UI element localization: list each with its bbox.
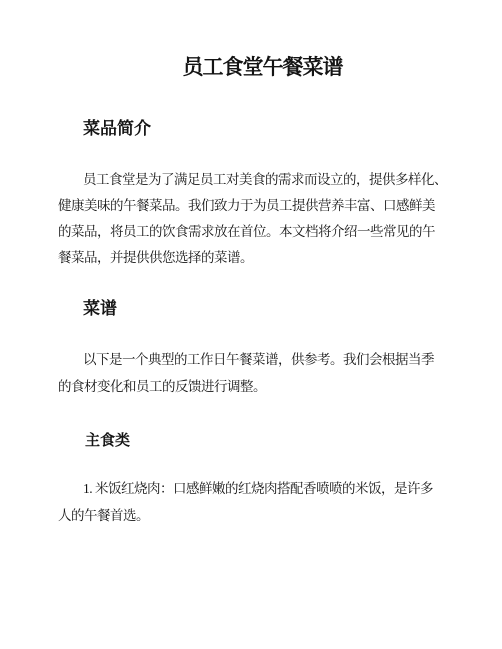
paragraph-line: 以下是一个典型的工作日午餐菜谱，供参考。我们会根据当季 <box>58 346 452 373</box>
section-heading-menu: 菜谱 <box>83 299 117 319</box>
intro-paragraph: 员工食堂是为了满足员工对美食的需求而设立的，提供多样化、 健康美味的午餐菜品。我… <box>58 167 452 271</box>
paragraph-line: 员工食堂是为了满足员工对美食的需求而设立的，提供多样化、 <box>58 167 452 193</box>
staples-paragraph: 1. 米饭红烧肉：口感鲜嫩的红烧肉搭配香喷喷的米饭，是许多 人的午餐首选。 <box>58 475 452 529</box>
section-heading-staples: 主食类 <box>85 432 130 450</box>
section-heading-intro: 菜品简介 <box>83 119 151 139</box>
paragraph-line: 餐菜品，并提供供您选择的菜谱。 <box>58 245 452 271</box>
paragraph-line: 健康美味的午餐菜品。我们致力于为员工提供营养丰富、口感鲜美 <box>58 193 452 219</box>
paragraph-line: 的菜品，将员工的饮食需求放在首位。本文档将介绍一些常见的午 <box>58 219 452 245</box>
paragraph-line: 人的午餐首选。 <box>58 502 452 529</box>
document-page: 员工食堂午餐菜谱 菜品简介 员工食堂是为了满足员工对美食的需求而设立的，提供多样… <box>0 0 502 649</box>
document-title: 员工食堂午餐菜谱 <box>68 55 457 81</box>
menu-paragraph: 以下是一个典型的工作日午餐菜谱，供参考。我们会根据当季 的食材变化和员工的反馈进… <box>58 346 452 400</box>
paragraph-line: 1. 米饭红烧肉：口感鲜嫩的红烧肉搭配香喷喷的米饭，是许多 <box>58 475 452 502</box>
paragraph-line: 的食材变化和员工的反馈进行调整。 <box>58 373 452 400</box>
